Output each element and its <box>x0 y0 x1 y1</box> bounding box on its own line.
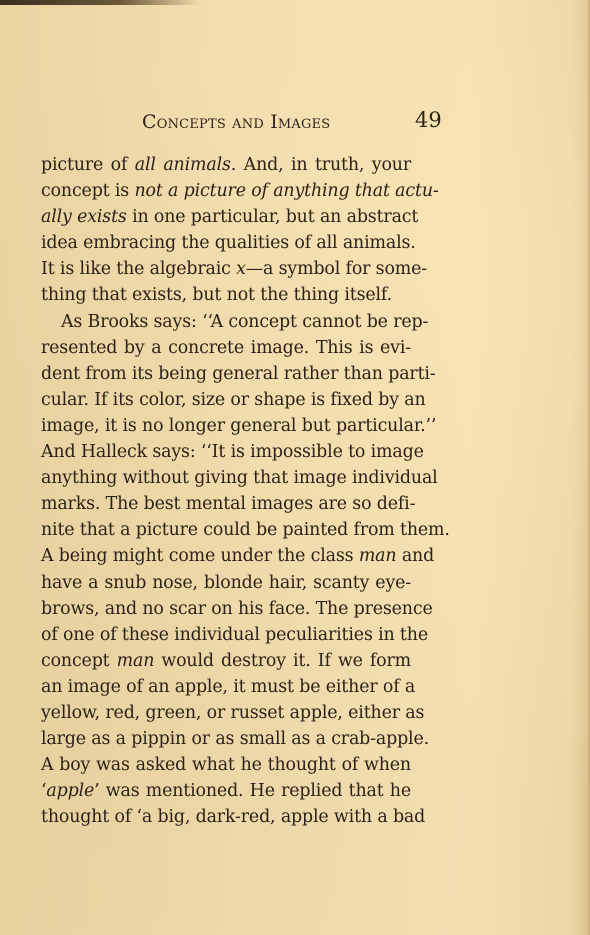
italic-text: ally exists <box>41 207 127 227</box>
text-line: concept is not a picture of anything tha… <box>41 178 411 204</box>
text-segment: resented by a concrete image. This is ev… <box>41 338 411 358</box>
text-segment: image, it is no longer general but parti… <box>41 416 436 436</box>
text-segment: cular. If its color, size or shape is fi… <box>41 390 426 410</box>
text-segment: have a snub nose, blonde hair, scanty ey… <box>41 573 411 593</box>
text-segment: . And, in truth, your <box>231 155 411 175</box>
text-segment: concept <box>41 651 117 671</box>
text-segment: yellow, red, green, or russet apple, eit… <box>41 703 424 723</box>
text-line: thought of ‘a big, dark-red, apple with … <box>41 804 411 830</box>
text-segment: in one particular, but an abstract <box>127 207 419 227</box>
running-head: Concepts and Images <box>142 111 330 133</box>
text-segment: picture of <box>41 155 135 175</box>
page-header: Concepts and Images 49 <box>0 108 590 138</box>
text-line: have a snub nose, blonde hair, scanty ey… <box>41 570 411 596</box>
text-segment: concept is <box>41 181 134 201</box>
text-line: anything without giving that image indiv… <box>41 465 411 491</box>
italic-text: apple <box>46 781 94 801</box>
text-line: resented by a concrete image. This is ev… <box>41 335 411 361</box>
body-text: picture of all animals. And, in truth, y… <box>41 152 411 830</box>
text-line: ‘apple’ was mentioned. He replied that h… <box>41 778 411 804</box>
text-segment: thought of ‘a big, dark-red, apple with … <box>41 807 425 827</box>
italic-text: man <box>359 546 397 566</box>
text-line: A being might come under the class man a… <box>41 543 411 569</box>
text-segment: brows, and no scar on his face. The pres… <box>41 599 433 619</box>
text-segment: dent from its being general rather than … <box>41 364 436 384</box>
italic-text: man <box>117 651 155 671</box>
text-segment: A boy was asked what he thought of when <box>41 755 411 775</box>
text-segment: and <box>396 546 434 566</box>
text-line: cular. If its color, size or shape is fi… <box>41 387 411 413</box>
page-number: 49 <box>415 108 442 132</box>
text-line: It is like the algebraic x—a symbol for … <box>41 256 411 282</box>
text-line: brows, and no scar on his face. The pres… <box>41 596 411 622</box>
text-line: an image of an apple, it must be either … <box>41 674 411 700</box>
text-segment: thing that exists, but not the thing its… <box>41 285 392 305</box>
text-segment: It is like the algebraic <box>41 259 236 279</box>
scan-edge-shadow <box>0 0 200 5</box>
text-segment: nite that a picture could be painted fro… <box>41 520 450 540</box>
text-line: marks. The best mental images are so def… <box>41 491 411 517</box>
text-line: picture of all animals. And, in truth, y… <box>41 152 411 178</box>
text-segment: marks. The best mental images are so def… <box>41 494 415 514</box>
text-line: dent from its being general rather than … <box>41 361 411 387</box>
text-line: And Halleck says: ‘‘It is impossible to … <box>41 439 411 465</box>
text-segment: ’ was mentioned. He replied that he <box>94 781 411 801</box>
text-line: idea embracing the qualities of all anim… <box>41 230 411 256</box>
text-segment: idea embracing the qualities of all anim… <box>41 233 416 253</box>
text-line: thing that exists, but not the thing its… <box>41 282 411 308</box>
text-segment: of one of these individual peculiarities… <box>41 625 428 645</box>
text-segment: anything without giving that image indiv… <box>41 468 438 488</box>
text-line: of one of these individual peculiarities… <box>41 622 411 648</box>
text-line: image, it is no longer general but parti… <box>41 413 411 439</box>
text-segment: would destroy it. If we form <box>154 651 411 671</box>
italic-text: not a picture of anything that actu- <box>134 181 438 201</box>
text-line: nite that a picture could be painted fro… <box>41 517 411 543</box>
text-segment: A being might come under the class <box>41 546 359 566</box>
italic-text: x <box>236 259 246 279</box>
text-line: As Brooks says: ‘‘A concept cannot be re… <box>41 309 411 335</box>
text-segment: And Halleck says: ‘‘It is impossible to … <box>41 442 424 462</box>
text-segment: As Brooks says: ‘‘A concept cannot be re… <box>61 312 428 332</box>
text-line: A boy was asked what he thought of when <box>41 752 411 778</box>
text-segment: large as a pippin or as small as a crab-… <box>41 729 429 749</box>
text-segment: an image of an apple, it must be either … <box>41 677 415 697</box>
italic-text: all animals <box>135 155 231 175</box>
text-line: concept man would destroy it. If we form <box>41 648 411 674</box>
text-line: large as a pippin or as small as a crab-… <box>41 726 411 752</box>
text-line: yellow, red, green, or russet apple, eit… <box>41 700 411 726</box>
text-line: ally exists in one particular, but an ab… <box>41 204 411 230</box>
text-segment: —a symbol for some- <box>246 259 427 279</box>
